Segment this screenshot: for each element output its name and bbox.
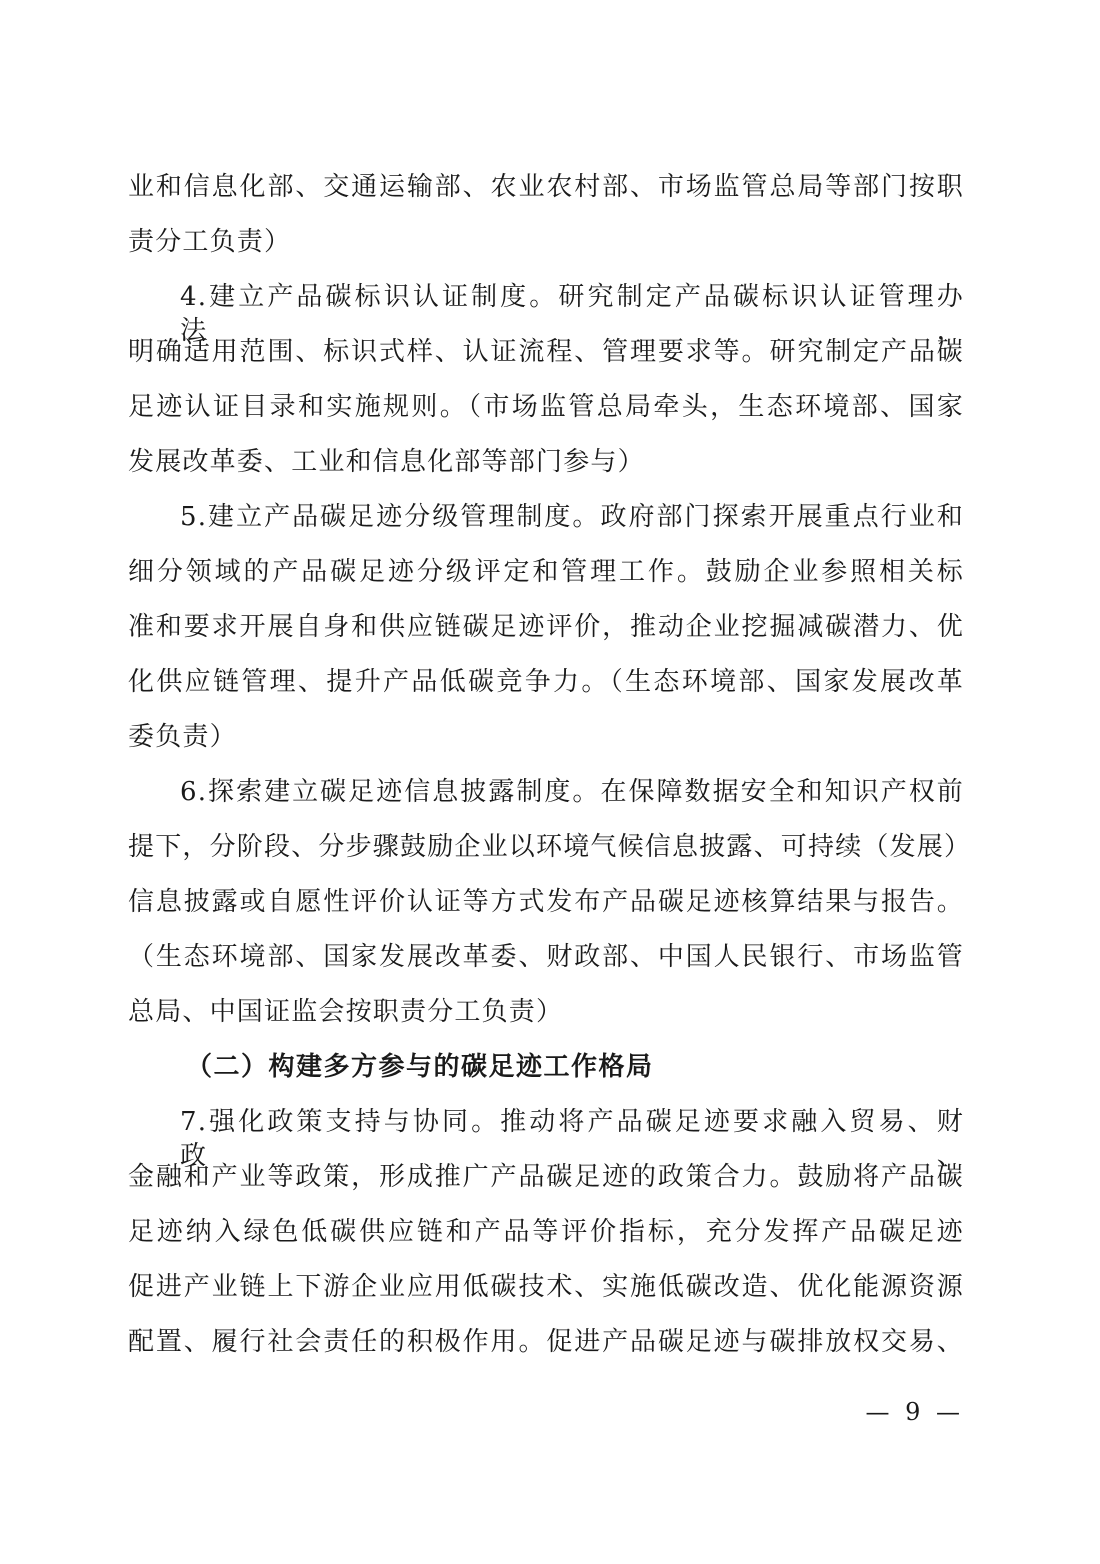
text-line: 业和信息化部、交通运输部、农业农村部、市场监管总局等部门按职	[128, 170, 964, 204]
text-line: 准和要求开展自身和供应链碳足迹评价，推动企业挖掘减碳潜力、优	[128, 610, 964, 644]
text-line: 委负责）	[128, 720, 964, 754]
text-line: 信息披露或自愿性评价认证等方式发布产品碳足迹核算结果与报告。	[128, 885, 964, 919]
text-line: （生态环境部、国家发展改革委、财政部、中国人民银行、市场监管	[128, 940, 964, 974]
section-heading: （二）构建多方参与的碳足迹工作格局	[186, 1050, 1022, 1084]
text-line: 责分工负责）	[128, 225, 964, 259]
text-line: 促进产业链上下游企业应用低碳技术、实施低碳改造、优化能源资源	[128, 1270, 964, 1304]
text-line: 足迹认证目录和实施规则。（市场监管总局牵头，生态环境部、国家	[128, 390, 964, 424]
text-line: 金融和产业等政策，形成推广产品碳足迹的政策合力。鼓励将产品碳	[128, 1160, 964, 1194]
text-line: 提下，分阶段、分步骤鼓励企业以环境气候信息披露、可持续（发展）	[128, 830, 964, 864]
text-line: 化供应链管理、提升产品低碳竞争力。（生态环境部、国家发展改革	[128, 665, 964, 699]
document-page: 业和信息化部、交通运输部、农业农村部、市场监管总局等部门按职责分工负责）4.建立…	[0, 0, 1100, 1564]
text-line: 5.建立产品碳足迹分级管理制度。政府部门探索开展重点行业和	[180, 500, 964, 534]
text-line: 6.探索建立碳足迹信息披露制度。在保障数据安全和知识产权前	[180, 775, 964, 809]
page-number: — 9 —	[865, 1398, 964, 1426]
text-line: 总局、中国证监会按职责分工负责）	[128, 995, 964, 1029]
text-line: 足迹纳入绿色低碳供应链和产品等评价指标，充分发挥产品碳足迹	[128, 1215, 964, 1249]
text-line: 配置、履行社会责任的积极作用。促进产品碳足迹与碳排放权交易、	[128, 1325, 964, 1359]
text-line: 明确适用范围、标识式样、认证流程、管理要求等。研究制定产品碳	[128, 335, 964, 369]
text-line: 细分领域的产品碳足迹分级评定和管理工作。鼓励企业参照相关标	[128, 555, 964, 589]
text-line: 发展改革委、工业和信息化部等部门参与）	[128, 445, 964, 479]
